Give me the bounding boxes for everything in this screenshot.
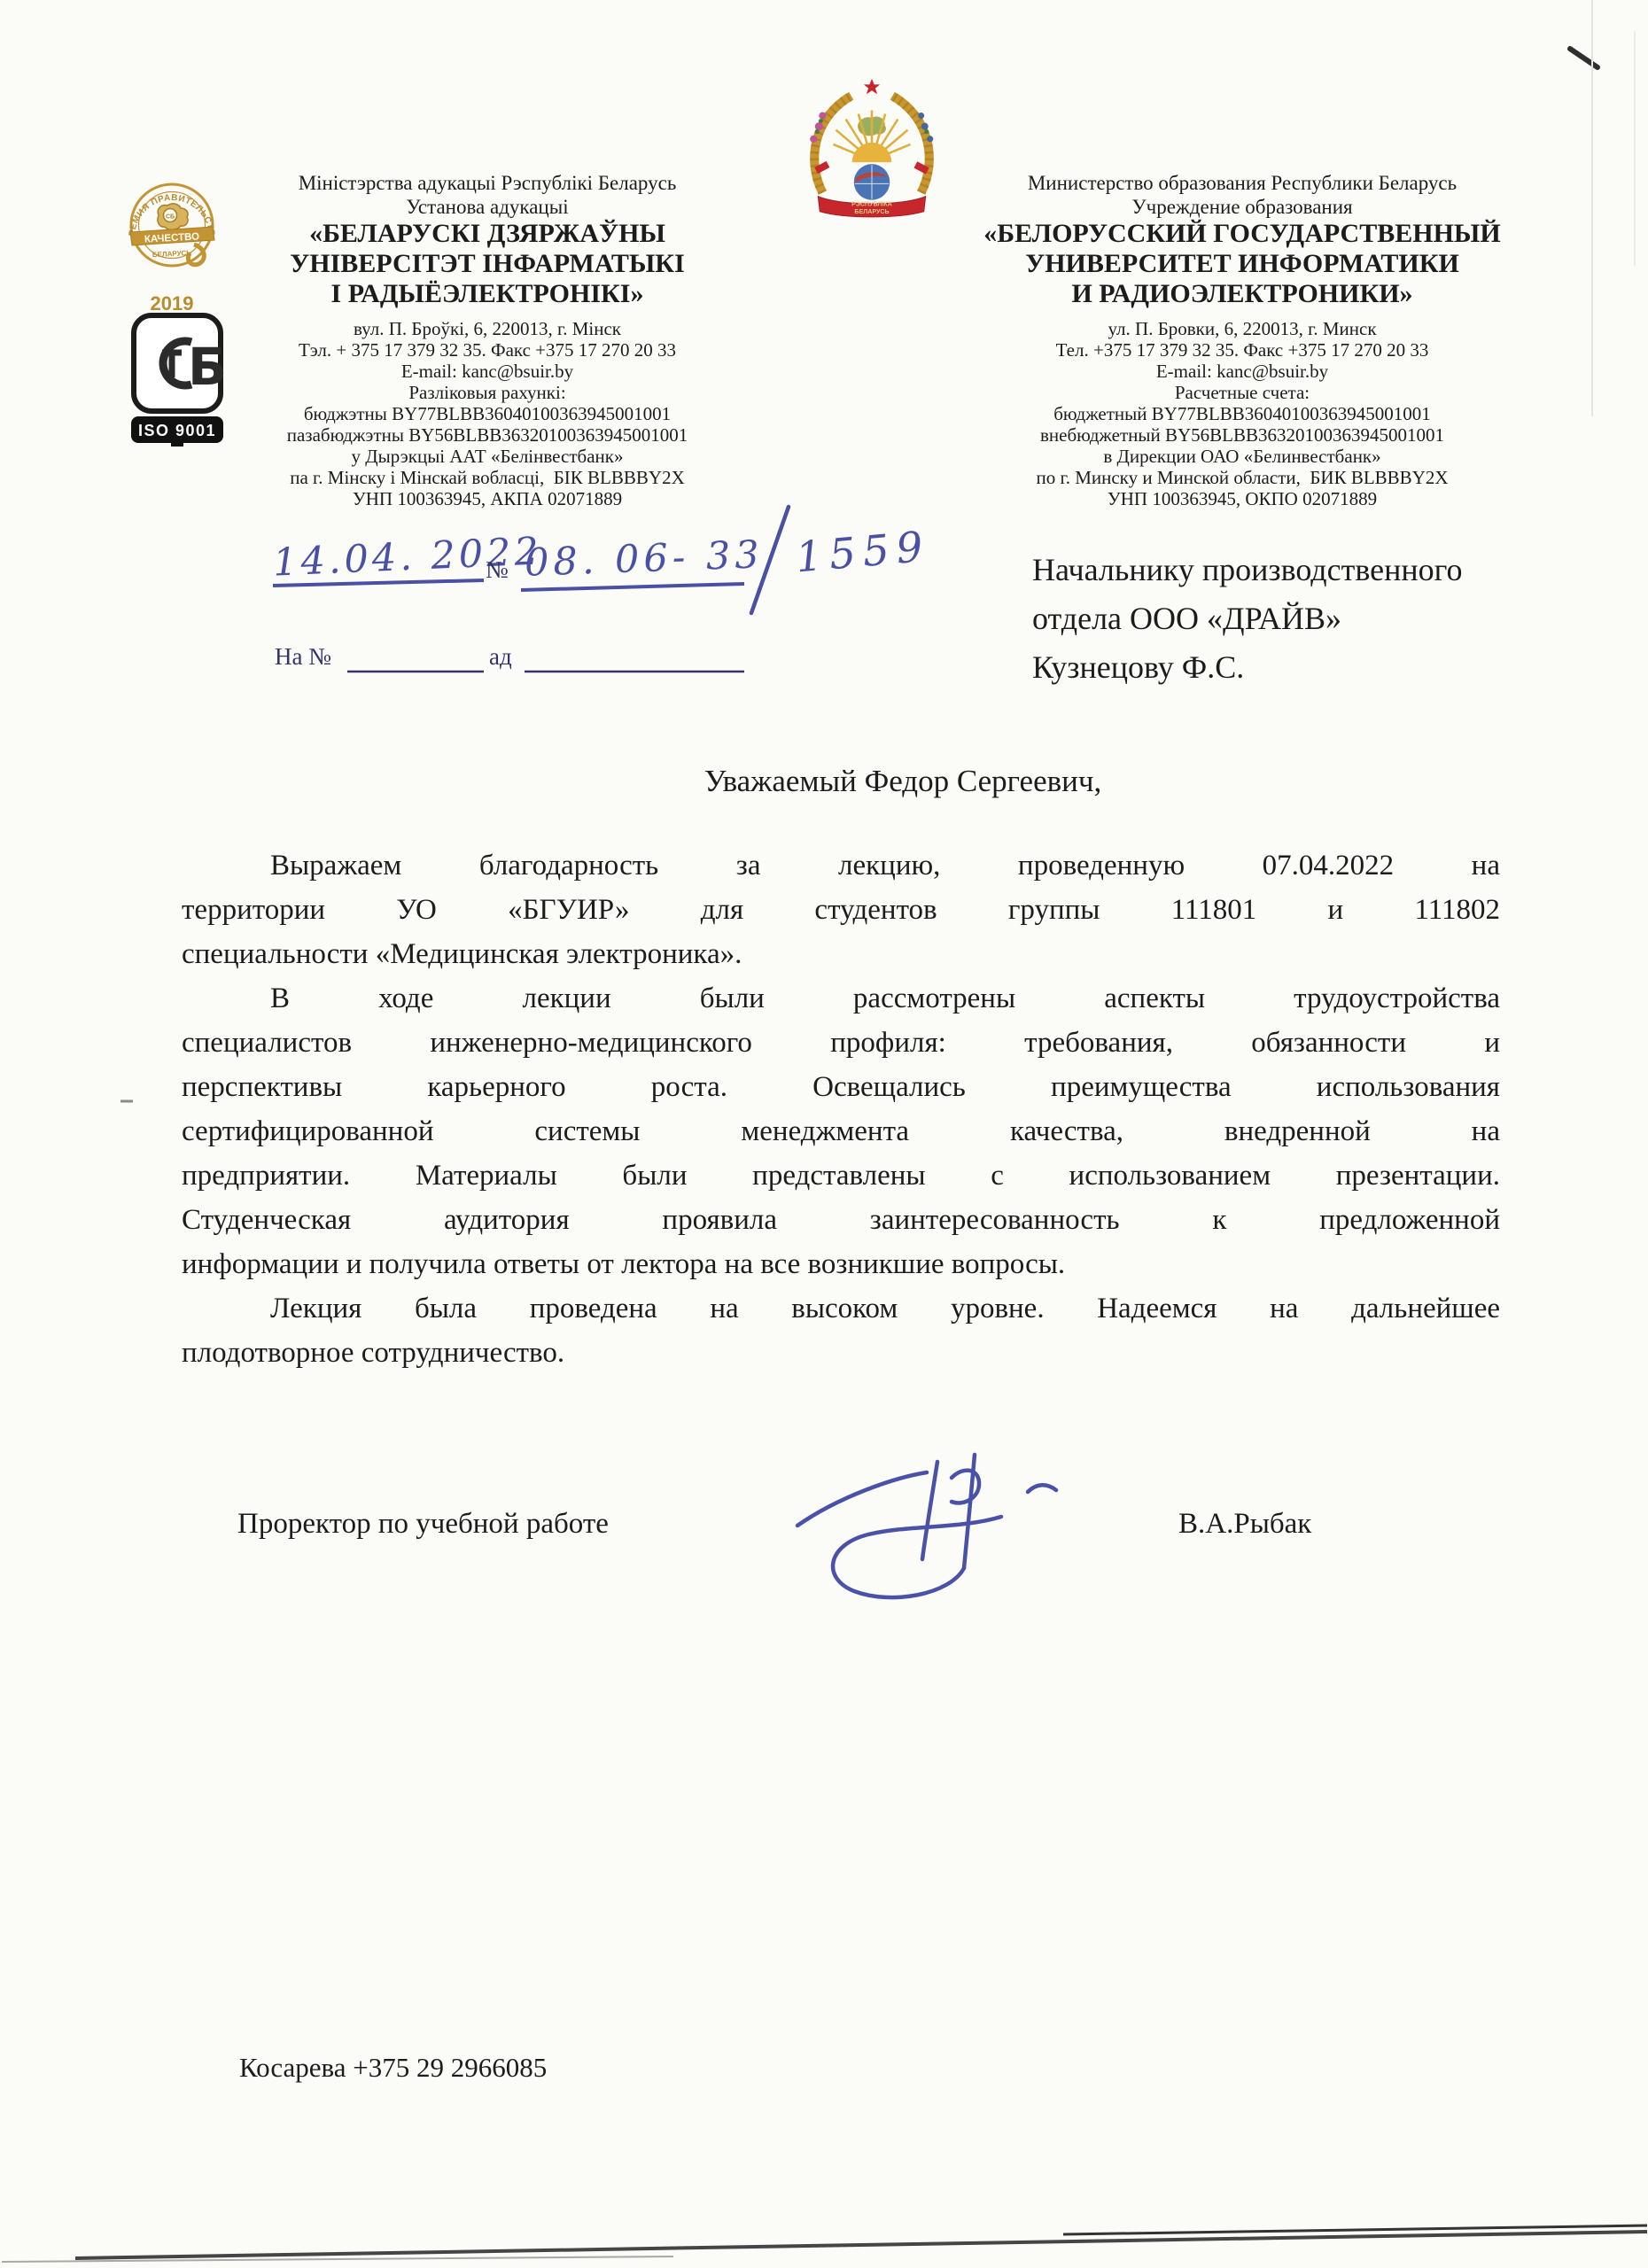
outgoing-number-suffix-handwritten: 1559 [794,522,932,582]
scan-edge-bottom-light [2,2256,673,2262]
email-by: E-mail: kanc@bsuir.by [204,361,771,382]
budget-account-by: бюджэтны BY77BLBB36040100363945001001 [204,403,771,424]
stray-pen-mark [1570,49,1597,67]
medal-emblem-text: СБ [166,214,175,221]
handwritten-signature-icon [787,1439,1081,1614]
extrabudget-account-by: пазабюджэтны BY56BLBB3632010036394500100… [204,424,771,446]
body-line: специальности «Медицинская электроника». [182,932,1500,976]
institution-line-by: Установа адукацыі [204,195,771,219]
unp-okpo-by: УНП 100363945, АКПА 02071889 [204,488,771,509]
email-ru: E-mail: kanc@bsuir.by [968,361,1517,382]
coa-ribbon-line2: БЕЛАРУСЬ [854,208,889,215]
institution-line-ru: Учреждение образования [968,195,1517,219]
extrabudget-account-ru: внебюджетный BY56BLBB3632010036394500100… [968,424,1517,446]
bank-region-bic-by: па г. Мінску і Мінскай вобласці, БІК BLB… [204,467,771,488]
university-name-by-1: «БЕЛАРУСКІ ДЗЯРЖАЎНЫ [204,219,771,249]
recipient-name: Кузнецову Ф.С. [1032,643,1564,692]
ministry-line-ru: Министерство образования Республики Бела… [968,171,1517,195]
university-name-by-2: УНІВЕРСІТЭТ ІНФАРМАТЫКІ [204,249,771,279]
body-line: специалистов инженерно-медицинского проф… [182,1021,1500,1065]
reply-to-number-label: На № [275,643,331,671]
ministry-line-by: Міністэрства адукацыі Рэспублікі Беларус… [204,171,771,195]
signer-title: Проректор по учебной работе [237,1508,609,1541]
body-line: плодотворное сотрудничество. [182,1331,1500,1375]
letterhead-belarusian: Міністэрства адукацыі Рэспублікі Беларус… [204,171,771,509]
outgoing-number-handwritten: 08. 06- 33 [524,532,764,585]
phone-fax-ru: Тел. +375 17 379 32 35. Факс +375 17 270… [968,339,1517,361]
recipient-block: Начальнику производственного отдела ООО … [1032,546,1564,692]
accounts-title-by: Разліковыя рахункі: [204,382,771,403]
body-line: предприятии. Материалы были представлены… [182,1153,1500,1198]
budget-account-ru: бюджетный BY77BLBB36040100363945001001 [968,403,1517,424]
bank-ru: в Дирекции ОАО «Белинвестбанк» [968,446,1517,467]
signer-name: В.А.Рыбак [1178,1508,1311,1541]
belarus-coat-of-arms-icon: РЭСПУБЛІКА БЕЛАРУСЬ [796,74,948,229]
university-name-ru-2: УНИВЕРСИТЕТ ИНФОРМАТИКИ [968,249,1517,279]
body-line: В ходе лекции были рассмотрены аспекты т… [182,976,1500,1021]
body-line: территории УО «БГУИР» для студентов груп… [182,888,1500,932]
body-line: информации и получила ответы от лектора … [182,1242,1500,1286]
unp-okpo-ru: УНП 100363945, ОКПО 02071889 [968,488,1517,509]
letterhead-russian: Министерство образования Республики Бела… [968,171,1517,509]
recipient-organization: отдела ООО «ДРАЙВ» [1032,594,1564,643]
body-line: Студенческая аудитория проявила заинтере… [182,1198,1500,1242]
address-ru: ул. П. Бровки, 6, 220013, г. Минск [968,318,1517,339]
medal-ribbon-text: КАЧЕСТВО [144,231,200,245]
university-name-by-3: І РАДЫЁЭЛЕКТРОНІКІ» [204,279,771,309]
number-underline [521,584,744,590]
university-name-ru-3: И РАДИОЭЛЕКТРОНИКИ» [968,279,1517,309]
university-name-ru-1: «БЕЛОРУССКИЙ ГОСУДАРСТВЕННЫЙ [968,219,1517,249]
reply-from-date-label: ад [489,643,512,671]
phone-fax-by: Тэл. + 375 17 379 32 35. Факс +375 17 27… [204,339,771,361]
salutation: Уважаемый Федор Сергеевич, [182,764,1500,799]
number-sign: № [486,556,509,584]
address-by: вул. П. Броўкі, 6, 220013, г. Мінск [204,318,771,339]
bank-region-bic-ru: по г. Минску и Минской области, БИК BLBB… [968,467,1517,488]
scan-edge-bottom [75,2232,1647,2258]
scan-edge-bottom-dark [1063,2225,1647,2234]
bank-by: у Дырэкцыі ААТ «Белінвестбанк» [204,446,771,467]
letter-body: Выражаем благодарность за лекцию, провед… [182,843,1500,1375]
body-line: Лекция была проведена на высоком уровне.… [182,1286,1500,1331]
executor-contact: Косарева +375 29 2966085 [239,2052,547,2084]
body-line: Выражаем благодарность за лекцию, провед… [182,843,1500,888]
scanned-letter-page: ПРЕМИЯ ПРАВИТЕЛЬСТВА СБ КАЧЕСТВО БЕЛАРУС… [0,0,1648,2268]
body-line: сертифицированной системы менеджмента ка… [182,1109,1500,1153]
recipient-position: Начальнику производственного [1032,546,1564,594]
accounts-title-ru: Расчетные счета: [968,382,1517,403]
coa-ribbon-line1: РЭСПУБЛІКА [851,201,892,208]
body-line: перспективы карьерного роста. Освещались… [182,1065,1500,1109]
